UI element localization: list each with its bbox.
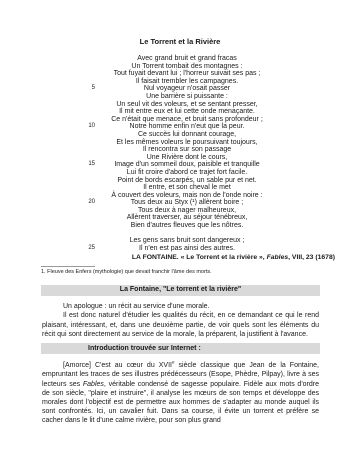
verse-text: Ce succès lui donnant courage, (138, 131, 236, 138)
poem-line: Allèrent traverser, au séjour ténébreux, (14, 214, 360, 222)
poem-line: Bien d'autres fleuves que les nôtres. (14, 222, 360, 230)
verse-text: Il entre, et son cheval le met (143, 184, 231, 191)
verse-text: Un seul vit des voleurs, et se sentant p… (116, 101, 257, 108)
verse-text: Nul voyageur n'osait passer (144, 85, 230, 92)
section-heading-introduction: Introduction trouvée sur Internet : (41, 343, 320, 354)
verse-text: Allèrent traverser, au séjour ténébreux, (127, 214, 248, 221)
verse-text: Les gens sans bruit sont dangereux ; (130, 237, 245, 244)
analysis-paragraph-1: Un apologue : un récit au service d'une … (42, 302, 319, 311)
verse-number: 25 (85, 245, 95, 253)
analysis-paragraph-2: Il est donc naturel d'étudier les qualit… (42, 311, 319, 339)
verse-number: 15 (85, 161, 95, 169)
footnote: 1. Fleuve des Enfers (mythologie) que de… (41, 269, 360, 276)
poem-line: Tout fuyait devant lui ; l'horreur suiva… (14, 70, 360, 78)
poem-line: À couvert des voleurs, mais non de l'ond… (14, 192, 360, 200)
document-page: Le Torrent et la Rivière Avec grand brui… (0, 0, 360, 466)
verse-text: Bien d'autres fleuves que les nôtres. (131, 222, 244, 229)
footnote-divider (41, 266, 95, 267)
verse-text: Un Torrent tombait des montagnes : (131, 63, 242, 70)
verse-text: Notre homme enfin n'eut que la peur. (130, 123, 245, 130)
poem-line: Tous deux à nager malheureux, (14, 207, 360, 215)
verse-text: Tous deux à nager malheureux, (138, 207, 236, 214)
poem-line: Ce n'était que menace, et bruit sans pro… (14, 116, 360, 124)
poem-line: Lui fit croire d'abord ce trajet fort fa… (14, 169, 360, 177)
verse-text: Il faisait trembler les campagnes. (136, 78, 238, 85)
verse-text: Il mit entre eux et lui cette onde menaç… (119, 108, 255, 115)
poem-attribution: LA FONTAINE. « Le Torrent et la rivière … (0, 254, 360, 262)
poem-line: Il entre, et son cheval le met (14, 184, 360, 192)
verse-number: 10 (85, 123, 95, 131)
poem-line: Il faisait trembler les campagnes. (14, 78, 360, 86)
verse-text: Image d'un sommeil doux, paisible et tra… (114, 161, 259, 168)
text-run: [Amorce] C'est au cœur du XVII (63, 362, 172, 369)
text-run: , VIII, 23 (1678) (288, 254, 335, 261)
verse-text: Il n'en est pas ainsi des autres. (139, 245, 235, 252)
poem-line: 10Notre homme enfin n'eut que la peur. (14, 123, 360, 131)
poem-blank-line (14, 230, 360, 238)
poem-line: 15Image d'un sommeil doux, paisible et t… (14, 161, 360, 169)
poem-line: Et les mêmes voleurs le poursuivant touj… (14, 139, 360, 147)
introduction-paragraph: [Amorce] C'est au cœur du XVIIe siècle c… (42, 361, 319, 425)
verse-text: Tout fuyait devant lui ; l'horreur suiva… (114, 70, 261, 77)
poem-line: 25Il n'en est pas ainsi des autres. (14, 245, 360, 253)
poem-line: Une Rivière dont le cours, (14, 154, 360, 162)
poem: Avec grand bruit et grand fracasUn Torre… (14, 55, 360, 252)
verse-text: À couvert des voleurs, mais non de l'ond… (111, 192, 262, 199)
poem-line: Ce succès lui donnant courage, (14, 131, 360, 139)
poem-line: Avec grand bruit et grand fracas (14, 55, 360, 63)
poem-line: Une barrière si puissante : (14, 93, 360, 101)
poem-line: Un Torrent tombait des montagnes : (14, 63, 360, 71)
verse-text: Point de bords escarpés, un sable pur et… (117, 177, 256, 184)
verse-text: Ce n'était que menace, et bruit sans pro… (111, 116, 263, 123)
verse-number: 20 (85, 199, 95, 207)
poem-line: 5Nul voyageur n'osait passer (14, 85, 360, 93)
verse-text: Une Rivière dont le cours, (147, 154, 228, 161)
text-run: LA FONTAINE. « Le Torrent et la rivière … (132, 254, 267, 261)
verse-text: Il rencontra sur son passage (143, 146, 231, 153)
poem-line: Les gens sans bruit sont dangereux ; (14, 237, 360, 245)
poem-title: Le Torrent et la Rivière (0, 0, 360, 46)
italic-text: Fables (267, 254, 289, 261)
verse-text: Une barrière si puissante : (146, 93, 228, 100)
verse-text: Tous deux au Styx (¹) allèrent boire ; (131, 199, 243, 206)
verse-text: Lui fit croire d'abord ce trajet fort fa… (127, 169, 247, 176)
poem-line: Un seul vit des voleurs, et se sentant p… (14, 101, 360, 109)
poem-line: 20Tous deux au Styx (¹) allèrent boire ; (14, 199, 360, 207)
italic-text: Fables (83, 381, 104, 388)
poem-line: Il rencontra sur son passage (14, 146, 360, 154)
section-heading-la-fontaine: La Fontaine, "Le torrent et la rivière" (41, 285, 320, 296)
verse-text: Et les mêmes voleurs le poursuivant touj… (116, 139, 257, 146)
verse-text: Avec grand bruit et grand fracas (137, 55, 236, 62)
poem-line: Il mit entre eux et lui cette onde menaç… (14, 108, 360, 116)
poem-line: Point de bords escarpés, un sable pur et… (14, 177, 360, 185)
verse-number: 5 (85, 85, 95, 93)
